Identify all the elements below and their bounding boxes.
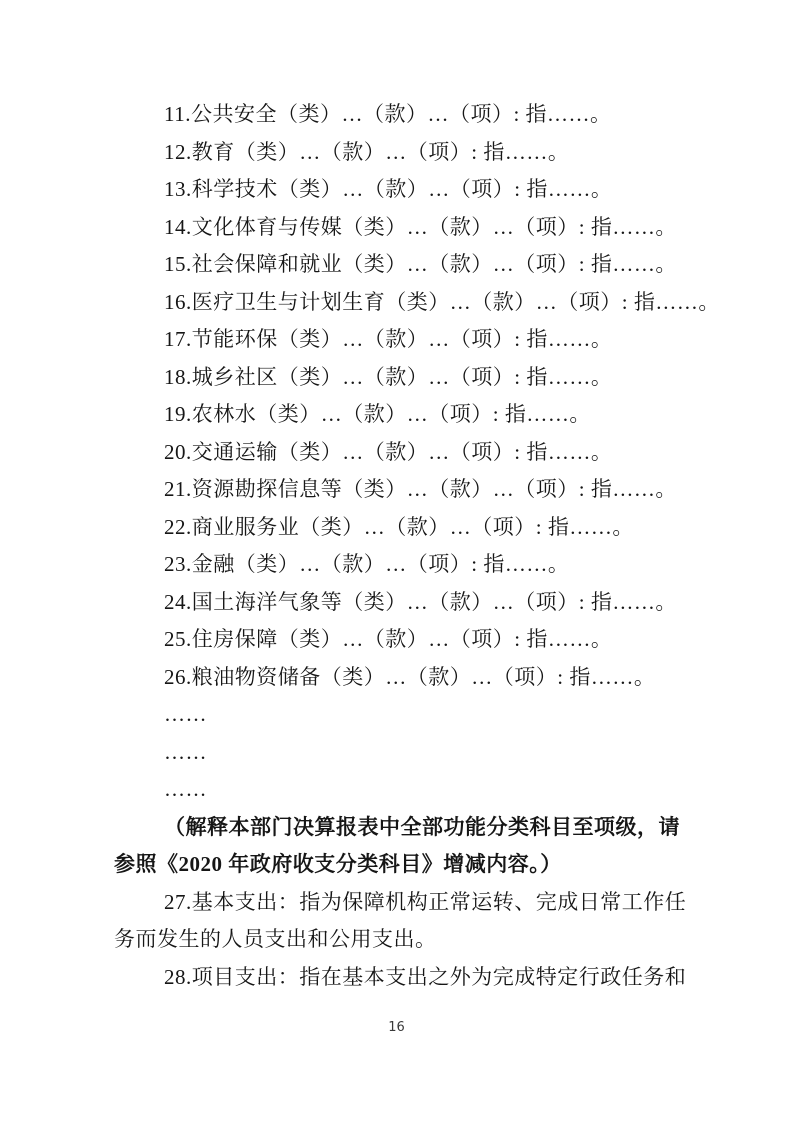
document-body: 11.公共安全（类）…（款）…（项）: 指……。 12.教育（类）…（款）…（项… [114, 96, 700, 996]
list-item: 15.社会保障和就业（类）…（款）…（项）: 指……。 [114, 246, 700, 284]
list-item: 13.科学技术（类）…（款）…（项）: 指……。 [114, 171, 700, 209]
list-item: 26.粮油物资储备（类）…（款）…（项）: 指……。 [114, 659, 700, 697]
list-item: 11.公共安全（类）…（款）…（项）: 指……。 [114, 96, 700, 134]
page-number: 16 [388, 1020, 405, 1035]
list-item: 16.医疗卫生与计划生育（类）…（款）…（项）: 指……。 [114, 284, 700, 322]
paragraph-line: 27.基本支出：指为保障机构正常运转、完成日常工作任 [114, 884, 700, 922]
item-28-paragraph: 28.项目支出：指在基本支出之外为完成特定行政任务和 [114, 959, 700, 997]
page-footer: 16 [0, 1020, 793, 1035]
item-27-paragraph: 27.基本支出：指为保障机构正常运转、完成日常工作任 务而发生的人员支出和公用支… [114, 884, 700, 959]
paragraph-line: 28.项目支出：指在基本支出之外为完成特定行政任务和 [114, 959, 700, 997]
ellipsis-line: …… [114, 734, 700, 772]
ellipsis-line: …… [114, 696, 700, 734]
list-item: 18.城乡社区（类）…（款）…（项）: 指……。 [114, 359, 700, 397]
list-item: 19.农林水（类）…（款）…（项）: 指……。 [114, 396, 700, 434]
paragraph-line: 务而发生的人员支出和公用支出。 [114, 921, 700, 959]
note-line: （解释本部门决算报表中全部功能分类科目至项级，请 [114, 809, 700, 847]
ellipsis-line: …… [114, 771, 700, 809]
list-item: 22.商业服务业（类）…（款）…（项）: 指……。 [114, 509, 700, 547]
list-item: 24.国土海洋气象等（类）…（款）…（项）: 指……。 [114, 584, 700, 622]
note-paragraph: （解释本部门决算报表中全部功能分类科目至项级，请 参照《2020 年政府收支分类… [114, 809, 700, 884]
ellipsis-block: …… …… …… [114, 696, 700, 809]
functional-classification-list: 11.公共安全（类）…（款）…（项）: 指……。 12.教育（类）…（款）…（项… [114, 96, 700, 696]
list-item: 25.住房保障（类）…（款）…（项）: 指……。 [114, 621, 700, 659]
list-item: 23.金融（类）…（款）…（项）: 指……。 [114, 546, 700, 584]
list-item: 21.资源勘探信息等（类）…（款）…（项）: 指……。 [114, 471, 700, 509]
list-item: 17.节能环保（类）…（款）…（项）: 指……。 [114, 321, 700, 359]
note-line: 参照《2020 年政府收支分类科目》增减内容。） [114, 846, 700, 884]
list-item: 12.教育（类）…（款）…（项）: 指……。 [114, 134, 700, 172]
document-page: 11.公共安全（类）…（款）…（项）: 指……。 12.教育（类）…（款）…（项… [0, 0, 793, 1122]
list-item: 20.交通运输（类）…（款）…（项）: 指……。 [114, 434, 700, 472]
list-item: 14.文化体育与传媒（类）…（款）…（项）: 指……。 [114, 209, 700, 247]
